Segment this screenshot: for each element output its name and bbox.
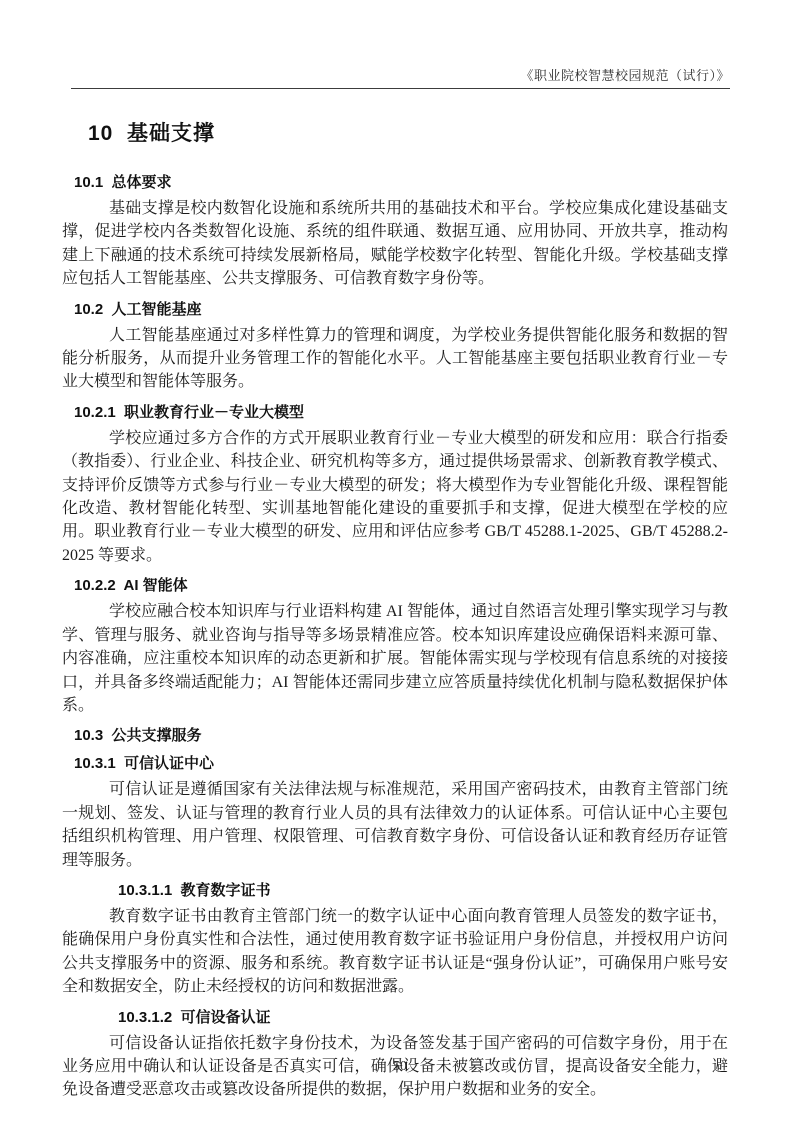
section-title-10-2-2: 10.2.2 AI 智能体 [74, 577, 728, 595]
page-header: 《职业院校智慧校园规范（试行）》 [71, 0, 730, 89]
section-title-10-3-1: 10.3.1 可信认证中心 [74, 755, 728, 773]
page-number: 50 [393, 1059, 407, 1074]
paragraph-industry-large-model: 学校应通过多方合作的方式开展职业教育行业－专业大模型的研发和应用：联合行指委（教… [62, 427, 728, 567]
paragraph-ai-agent: 学校应融合校本知识库与行业语料构建 AI 智能体，通过自然语言处理引擎实现学习与… [62, 600, 728, 717]
chapter-title: 10 基础支撑 [88, 122, 728, 146]
page-footer: 50 [0, 1057, 800, 1075]
section-title-10-3-1-2: 10.3.1.2 可信设备认证 [118, 1009, 728, 1027]
section-title-10-3-1-1: 10.3.1.1 教育数字证书 [118, 882, 728, 900]
document-page: 《职业院校智慧校园规范（试行）》 10 基础支撑 10.1 总体要求 基础支撑是… [0, 0, 800, 1131]
section-title-10-3: 10.3 公共支撑服务 [74, 727, 728, 745]
paragraph-education-digital-certificate: 教育数字证书由教育主管部门统一的数字认证中心面向教育管理人员签发的数字证书，能确… [62, 905, 728, 999]
paragraph-overall-requirements: 基础支撑是校内数智化设施和系统所共用的基础技术和平台。学校应集成化建设基础支撑，… [62, 197, 728, 291]
paragraph-ai-foundation: 人工智能基座通过对多样性算力的管理和调度，为学校业务提供智能化服务和数据的智能分… [62, 324, 728, 394]
section-title-10-1: 10.1 总体要求 [74, 174, 728, 192]
section-title-10-2: 10.2 人工智能基座 [74, 301, 728, 319]
section-title-10-2-1: 10.2.1 职业教育行业－专业大模型 [74, 404, 728, 422]
page-header-title: 《职业院校智慧校园规范（试行）》 [520, 68, 730, 83]
paragraph-trusted-authentication-center: 可信认证是遵循国家有关法律法规与标准规范，采用国产密码技术，由教育主管部门统一规… [62, 778, 728, 872]
document-content: 10 基础支撑 10.1 总体要求 基础支撑是校内数智化设施和系统所共用的基础技… [62, 122, 728, 1102]
